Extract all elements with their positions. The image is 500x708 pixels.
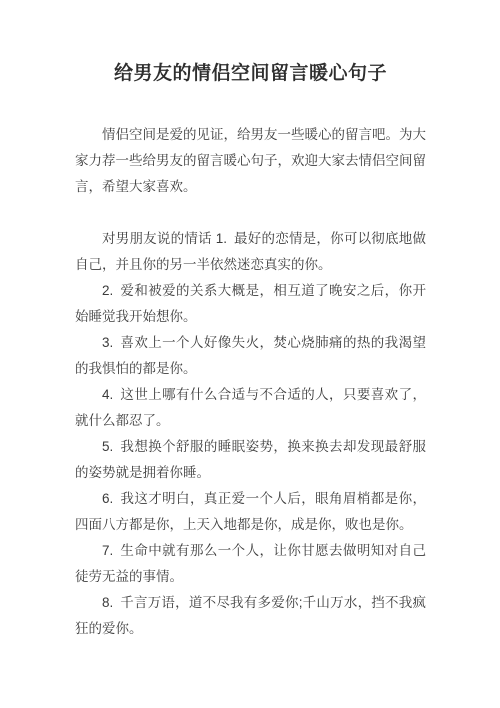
quote-item-6: 6. 我这才明白，真正爱一个人后，眼角眉梢都是你，四面八方都是你，上天入地都是你… bbox=[75, 486, 426, 538]
quote-item-3: 3. 喜欢上一个人好像失火，焚心烧肺痛的热的我渴望的我惧怕的都是你。 bbox=[75, 330, 426, 382]
quote-item-2: 2. 爱和被爱的关系大概是，相互道了晚安之后，你开始睡觉我开始想你。 bbox=[75, 278, 426, 330]
quote-item-8: 8. 千言万语，道不尽我有多爱你;千山万水，挡不我疯狂的爱你。 bbox=[75, 590, 426, 642]
page-title: 给男友的情侣空间留言暖心句子 bbox=[75, 60, 426, 88]
quote-item-7: 7. 生命中就有那么一个人，让你甘愿去做明知对自己徒劳无益的事情。 bbox=[75, 538, 426, 590]
document-page: 给男友的情侣空间留言暖心句子 情侣空间是爱的见证，给男友一些暖心的留言吧。为大家… bbox=[0, 0, 500, 708]
intro-paragraph: 情侣空间是爱的见证，给男友一些暖心的留言吧。为大家力荐一些给男友的留言暖心句子，… bbox=[75, 122, 426, 200]
quote-item-1: 对男朋友说的情话 1. 最好的恋情是，你可以彻底地做自己，并且你的另一半依然迷恋… bbox=[75, 226, 426, 278]
quote-item-4: 4. 这世上哪有什么合适与不合适的人，只要喜欢了，就什么都忍了。 bbox=[75, 382, 426, 434]
quote-item-5: 5. 我想换个舒服的睡眠姿势，换来换去却发现最舒服的姿势就是拥着你睡。 bbox=[75, 434, 426, 486]
